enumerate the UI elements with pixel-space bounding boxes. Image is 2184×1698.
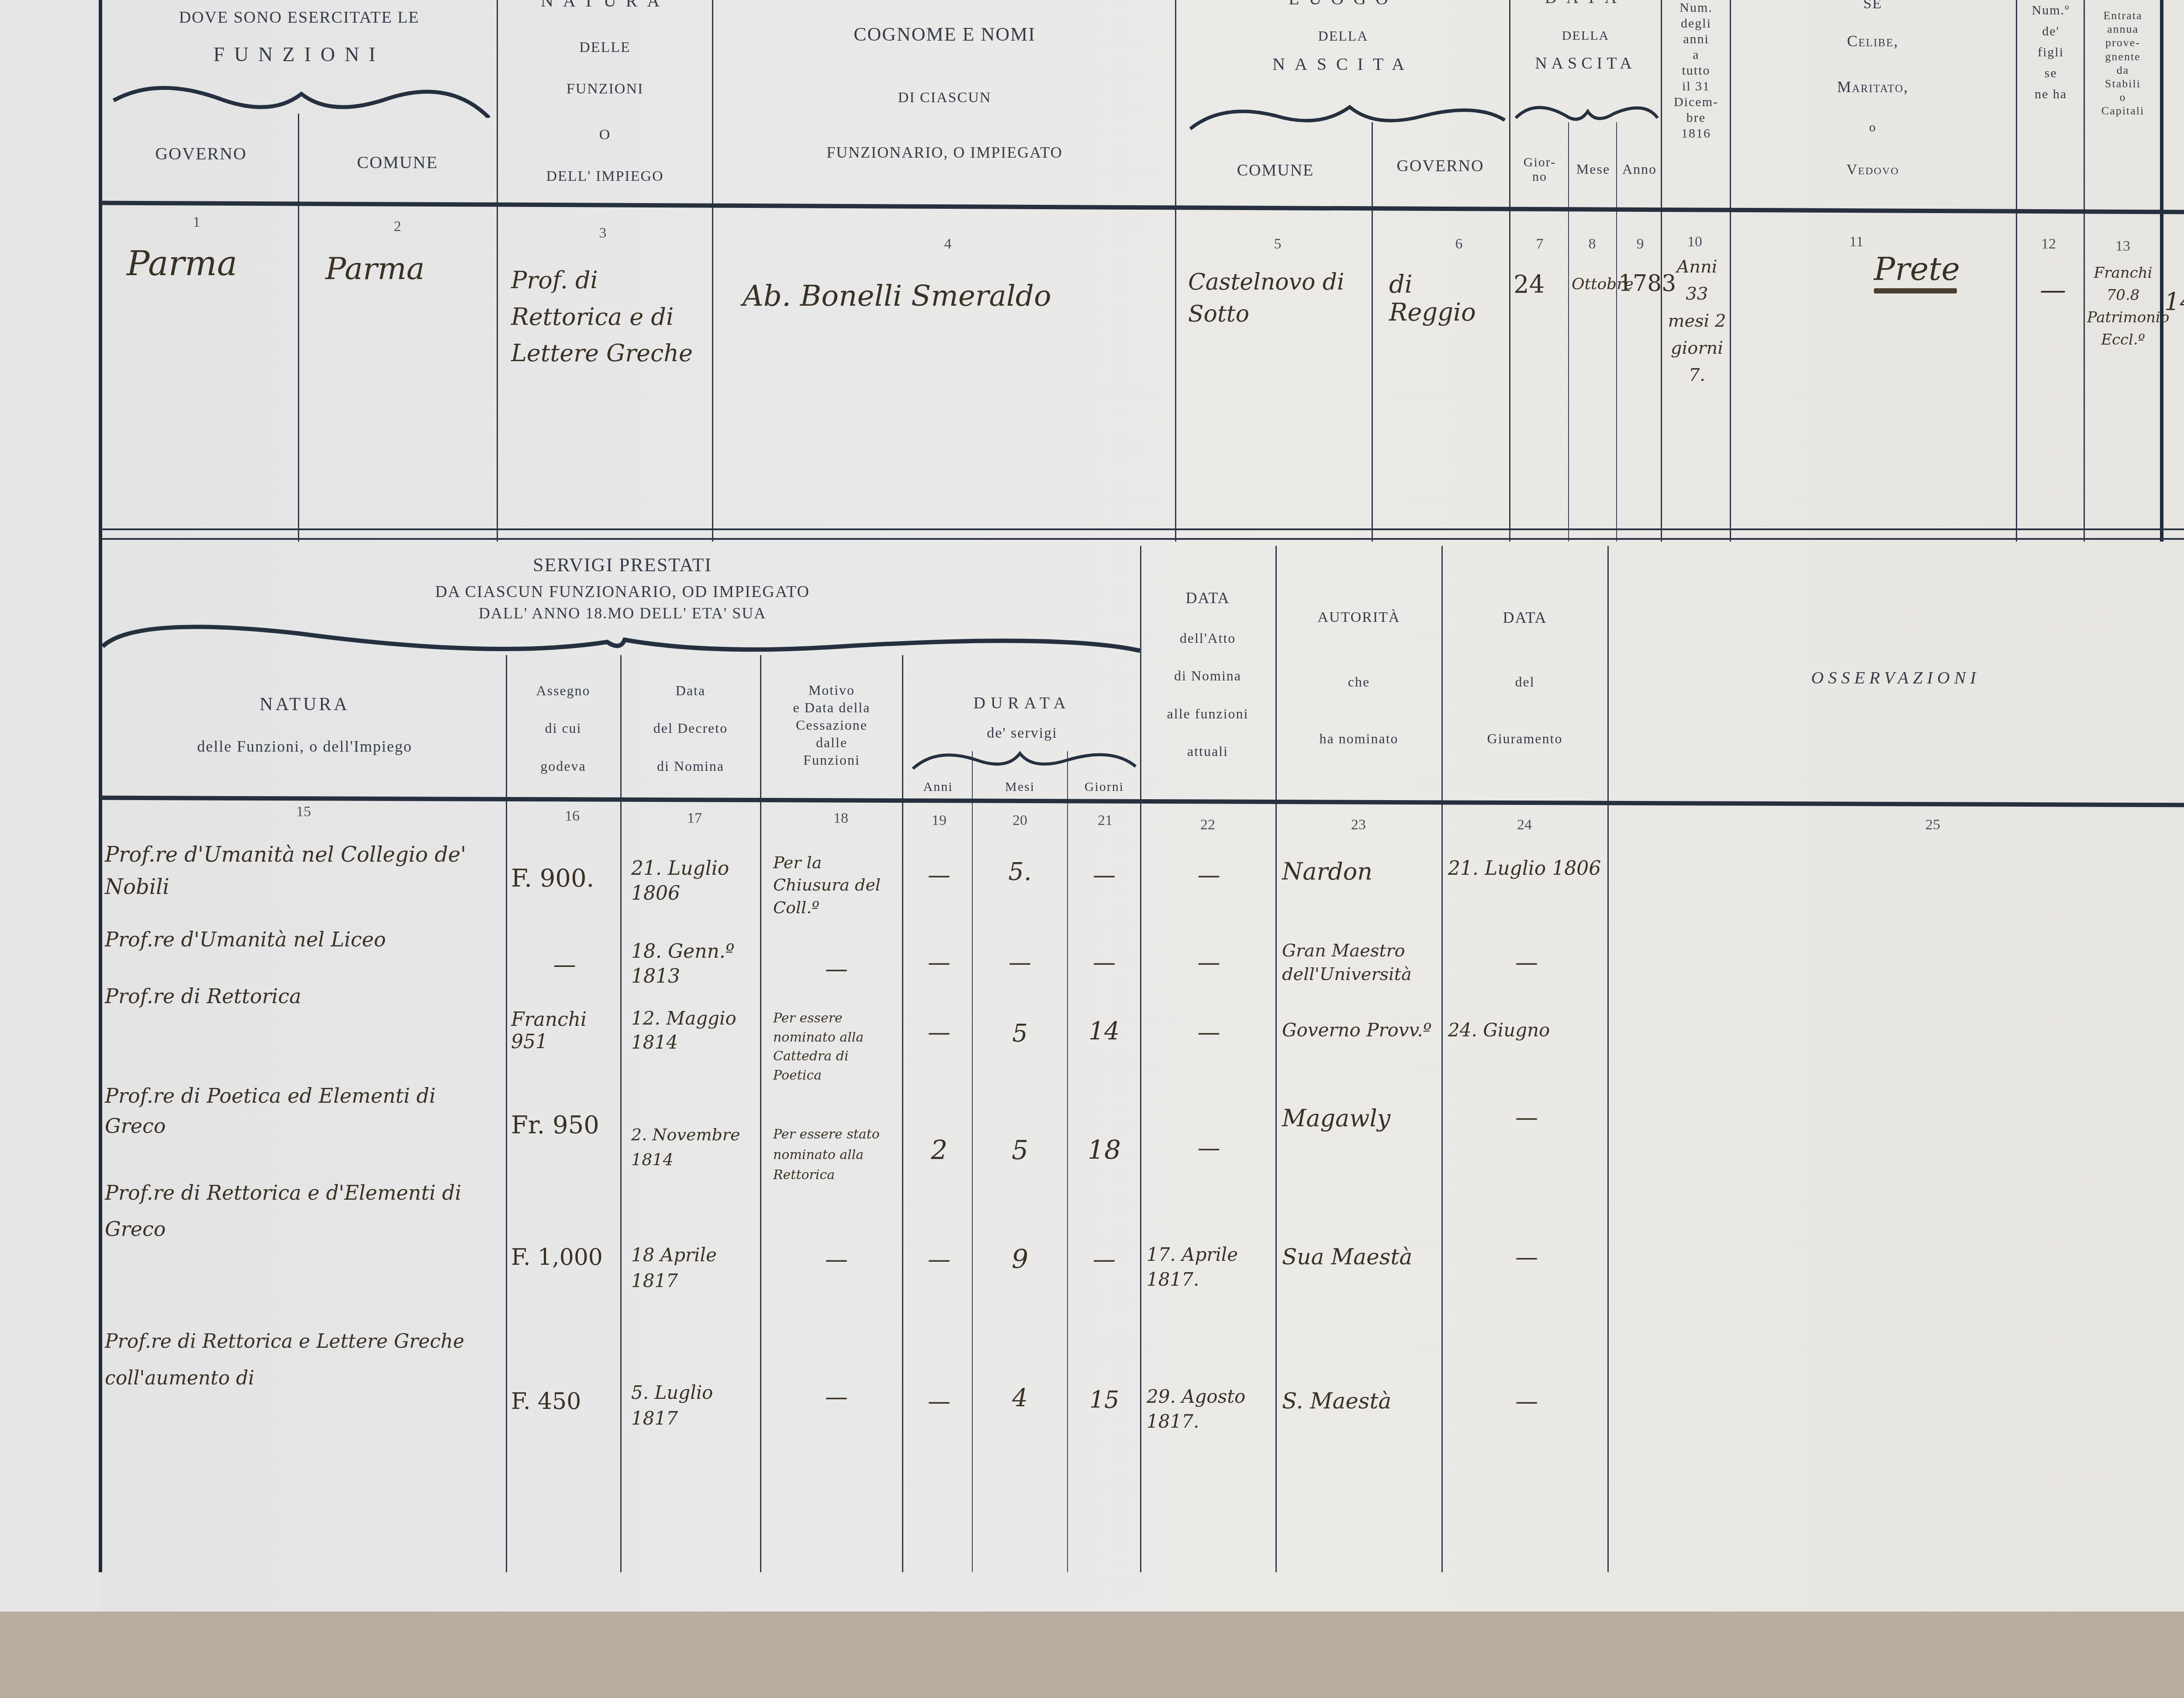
col-number: 9 bbox=[1631, 236, 1649, 252]
row3-anni: — bbox=[906, 1020, 972, 1046]
divider-governo-comune bbox=[298, 114, 299, 542]
header-data-atto-top: DATA bbox=[1142, 590, 1273, 607]
header-autorita-top: AUTORITÀ bbox=[1278, 609, 1440, 625]
header-comune: COMUNE bbox=[301, 153, 494, 172]
row4-giuramento: — bbox=[1448, 1105, 1605, 1131]
row6-assegno: F. 450 bbox=[511, 1389, 618, 1415]
divider-col17-col18 bbox=[760, 655, 761, 1572]
row2-natura: Prof.re d'Umanità nel Liceo bbox=[105, 928, 502, 951]
header-natura-delle: DELLE bbox=[500, 39, 710, 55]
header-celibe: Celibe, bbox=[1732, 33, 2014, 50]
upper-bottom-rule-2 bbox=[100, 538, 2184, 540]
row4-atto: — bbox=[1144, 1135, 1273, 1162]
row6-decreto: 5. Luglio 1817 bbox=[631, 1380, 758, 1432]
row1-natura: Prof.re d'Umanità nel Collegio de' Nobil… bbox=[105, 839, 502, 904]
entry-governo: Parma bbox=[127, 245, 293, 284]
header-data: DATA bbox=[1511, 0, 1660, 7]
row1-decreto: 21. Luglio 1806 bbox=[631, 856, 758, 906]
register-page: DOVE SONO ESERCITATE LE FUNZIONI GOVERNO… bbox=[0, 0, 2184, 1612]
header-natura-funzioni: FUNZIONI bbox=[500, 81, 710, 97]
divider-col16-col17 bbox=[620, 655, 622, 1572]
col-number: 12 bbox=[2040, 236, 2057, 252]
col-number: 21 bbox=[1094, 812, 1116, 829]
col-number: 22 bbox=[1197, 817, 1219, 833]
row4-motivo: Per essere stato nominato alla Rettorica bbox=[773, 1125, 900, 1186]
header-mesi: Mesi bbox=[974, 780, 1066, 794]
header-servigi-sub1: DA CIASCUN FUNZIONARIO, OD IMPIEGATO bbox=[105, 583, 1140, 601]
entry-giorno: 24 bbox=[1514, 271, 1566, 299]
row5-autorita: Sua Maestà bbox=[1282, 1245, 1439, 1270]
entry-anno: 1783 bbox=[1618, 271, 1661, 297]
divider-col18-col19 bbox=[902, 655, 903, 1572]
header-luogo-governo: GOVERNO bbox=[1374, 157, 1507, 176]
header-data-atto: dell'Atto di Nomina alle funzioni attual… bbox=[1142, 629, 1273, 761]
header-luogo-della: DELLA bbox=[1179, 28, 1507, 44]
row5-mesi: 9 bbox=[974, 1245, 1066, 1275]
header-natura-lower: NATURA bbox=[105, 694, 505, 714]
header-natura-lower-sub: delle Funzioni, o dell'Impiego bbox=[105, 738, 505, 756]
entry-nascita-governo: di Reggio bbox=[1389, 271, 1507, 327]
col-number: 24 bbox=[1514, 817, 1535, 833]
header-luogo-comune: COMUNE bbox=[1179, 162, 1372, 180]
row2-motivo: — bbox=[773, 956, 900, 983]
row6-atto: 29. Agosto 1817. bbox=[1147, 1384, 1273, 1434]
divider-col11-col12 bbox=[2016, 0, 2017, 542]
divider-col20-col21 bbox=[1067, 751, 1068, 1572]
row3-natura: Prof.re di Rettorica bbox=[105, 985, 502, 1008]
divider-col10-col11 bbox=[1730, 0, 1731, 542]
row6-motivo: — bbox=[773, 1384, 900, 1411]
row4-assegno: Fr. 950 bbox=[511, 1111, 618, 1139]
col-number: 19 bbox=[928, 812, 950, 829]
header-servigi: SERVIGI PRESTATI bbox=[105, 555, 1140, 576]
entry-nome: Ab. Bonelli Smeraldo bbox=[743, 280, 1171, 313]
header-funzionario: FUNZIONARIO, O IMPIEGATO bbox=[716, 144, 1173, 162]
row3-giorni: 14 bbox=[1069, 1018, 1139, 1046]
divider-col24-col25 bbox=[1607, 546, 1609, 1572]
row4-anni: 2 bbox=[906, 1135, 972, 1166]
header-data-nascita: NASCITA bbox=[1511, 55, 1660, 73]
entry-comune: Parma bbox=[325, 251, 491, 286]
entry-nascita-comune: Castelnovo di Sotto bbox=[1188, 266, 1367, 330]
divider-col22-col23 bbox=[1275, 546, 1277, 1572]
divider-col13-col14 bbox=[2160, 0, 2163, 542]
header-assegno: Assegno di cui godeva bbox=[508, 681, 619, 776]
header-anni: Anni bbox=[904, 780, 972, 794]
header-luogo: LUOGO bbox=[1179, 0, 1507, 8]
header-natura-o: O bbox=[500, 127, 710, 143]
col-number: 4 bbox=[939, 236, 957, 252]
row5-atto: 17. Aprile 1817. bbox=[1147, 1242, 1273, 1292]
col-number: 3 bbox=[594, 225, 612, 242]
row6-natura: Prof.re di Rettorica e Lettere Greche co… bbox=[105, 1323, 502, 1396]
header-di-ciascun: DI CIASCUN bbox=[716, 90, 1173, 106]
header-num-figli: Num.º de' figli se ne ha bbox=[2018, 0, 2084, 105]
page-margin bbox=[0, 0, 100, 1612]
col-number: 18 bbox=[830, 810, 852, 827]
brace-icon bbox=[1514, 100, 1660, 127]
col-number: 2 bbox=[389, 218, 406, 235]
col-number: 25 bbox=[1922, 817, 1944, 833]
header-stato: SE bbox=[1732, 0, 2014, 12]
col-number: 13 bbox=[2114, 238, 2132, 255]
row3-mesi: 5 bbox=[974, 1020, 1066, 1048]
row5-natura: Prof.re di Rettorica e d'Elementi di Gre… bbox=[105, 1175, 502, 1247]
header-stato-o: o bbox=[1732, 120, 2014, 135]
row3-assegno: Franchi 951 bbox=[511, 1009, 618, 1053]
col-number: 7 bbox=[1531, 236, 1548, 252]
left-border bbox=[99, 0, 102, 542]
row1-giuramento: 21. Luglio 1806 bbox=[1448, 856, 1605, 881]
header-natura-impiego: DELL' IMPIEGO bbox=[500, 168, 710, 184]
row3-atto: — bbox=[1144, 1020, 1273, 1046]
row1-assegno: F. 900. bbox=[511, 865, 618, 893]
row5-decreto: 18 Aprile 1817 bbox=[631, 1242, 758, 1294]
col-number: 23 bbox=[1348, 817, 1369, 833]
col-number: 6 bbox=[1450, 236, 1468, 252]
header-anno: Anno bbox=[1618, 162, 1661, 177]
col-number: 20 bbox=[1009, 812, 1031, 829]
header-osservazioni: OSSERVAZIONI bbox=[1612, 668, 2180, 687]
entry-entrata: Franchi 70.8 Patrimonio Eccl.º bbox=[2087, 262, 2159, 351]
row3-decreto: 12. Maggio 1814 bbox=[631, 1007, 758, 1054]
entry-edge-value: 14 bbox=[2164, 288, 2184, 316]
row1-autorita: Nardon bbox=[1282, 858, 1439, 885]
divider-col2-col3 bbox=[497, 0, 498, 542]
row3-giuramento: 24. Giugno bbox=[1448, 1020, 1605, 1041]
col-number: 17 bbox=[684, 810, 705, 827]
row3-motivo: Per essere nominato alla Cattedra di Poe… bbox=[773, 1009, 900, 1085]
divider-col6-col7 bbox=[1509, 0, 1510, 542]
col-number: 8 bbox=[1583, 236, 1601, 252]
row6-mesi: 4 bbox=[974, 1384, 1066, 1412]
header-giorni: Giorni bbox=[1069, 780, 1139, 794]
brace-icon bbox=[100, 616, 1144, 659]
header-entrata: Entrata annua prove- gnente da Stabili o… bbox=[2086, 9, 2160, 118]
left-border-lower bbox=[99, 542, 102, 1572]
entry-mese: Ottobre bbox=[1572, 275, 1615, 293]
entry-stato: Prete bbox=[1874, 251, 2005, 287]
col-number: 5 bbox=[1269, 236, 1286, 252]
divider-col23-col24 bbox=[1441, 546, 1443, 1572]
row1-anni: — bbox=[906, 863, 972, 889]
entry-figli: — bbox=[2027, 275, 2079, 305]
header-luogo-nascita: NASCITA bbox=[1179, 55, 1507, 74]
row1-motivo: Per la Chiusura del Coll.º bbox=[773, 852, 900, 919]
entry-natura: Prof. di Rettorica e di Lettere Greche bbox=[511, 262, 708, 372]
upper-bottom-rule-1 bbox=[100, 528, 2184, 530]
row4-giorni: 18 bbox=[1069, 1135, 1139, 1166]
brace-icon bbox=[109, 81, 494, 118]
lower-header-rule bbox=[100, 796, 2184, 808]
divider-col3-col4 bbox=[712, 0, 713, 542]
row2-autorita: Gran Maestro dell'Università bbox=[1282, 939, 1439, 986]
header-funzioni: FUNZIONI bbox=[105, 44, 494, 66]
divider-col21-col22 bbox=[1140, 546, 1141, 1572]
header-cognome: COGNOME E NOMI bbox=[716, 24, 1173, 45]
row5-anni: — bbox=[906, 1247, 972, 1273]
row2-giuramento: — bbox=[1448, 950, 1605, 976]
brace-icon bbox=[1188, 98, 1507, 131]
row2-anni: — bbox=[906, 950, 972, 976]
row4-mesi: 5 bbox=[974, 1135, 1066, 1166]
header-vedovo: Vedovo bbox=[1732, 162, 2014, 178]
header-giuramento-top: DATA bbox=[1444, 609, 1606, 627]
header-data-decreto: Data del Decreto di Nomina bbox=[622, 681, 759, 776]
row6-giuramento: — bbox=[1448, 1389, 1605, 1415]
row6-autorita: S. Maestà bbox=[1282, 1389, 1439, 1414]
row5-giorni: — bbox=[1069, 1247, 1139, 1273]
header-giuramento: del Giuramento bbox=[1444, 673, 1606, 748]
col-number: 15 bbox=[293, 804, 314, 820]
row6-giorni: 15 bbox=[1069, 1387, 1139, 1414]
header-num-anni: Num. degli anni a tutto il 31 Dicem- bre… bbox=[1663, 0, 1729, 141]
row4-natura: Prof.re di Poetica ed Elementi di Greco bbox=[105, 1081, 502, 1141]
row1-atto: — bbox=[1144, 863, 1273, 889]
row2-giorni: — bbox=[1069, 950, 1139, 976]
header-rule bbox=[100, 201, 2184, 214]
header-maritato: Maritato, bbox=[1732, 79, 2014, 96]
brace-icon bbox=[911, 747, 1138, 771]
header-place-group: DOVE SONO ESERCITATE LE bbox=[105, 9, 494, 27]
col-number: 11 bbox=[1848, 234, 1865, 250]
row3-autorita: Governo Provv.º bbox=[1282, 1020, 1439, 1041]
header-natura: NATURA bbox=[500, 0, 710, 10]
col-number: 10 bbox=[1686, 234, 1704, 250]
divider-col4-col5 bbox=[1175, 0, 1176, 542]
header-durata-sub: de' servigi bbox=[904, 725, 1140, 741]
divider-col7-col8 bbox=[1568, 122, 1569, 542]
row5-motivo: — bbox=[773, 1247, 900, 1273]
header-motivo: Motivo e Data della Cessazione dalle Fun… bbox=[762, 681, 901, 769]
row6-anni: — bbox=[906, 1389, 972, 1415]
row5-assegno: F. 1,000 bbox=[511, 1245, 618, 1271]
row2-mesi: — bbox=[974, 950, 1066, 976]
header-data-della: DELLA bbox=[1511, 28, 1660, 43]
row2-decreto: 18. Genn.º 1813 bbox=[631, 939, 758, 989]
divider-col12-col13 bbox=[2084, 0, 2085, 542]
header-governo: GOVERNO bbox=[105, 144, 297, 163]
divider-col19-col20 bbox=[972, 751, 973, 1572]
header-durata: DURATA bbox=[904, 694, 1140, 713]
row5-giuramento: — bbox=[1448, 1245, 1605, 1271]
row2-assegno: — bbox=[511, 952, 618, 978]
divider-col5-col6 bbox=[1372, 122, 1373, 542]
row1-giorni: — bbox=[1069, 863, 1139, 889]
row4-decreto: 2. Novembre 1814 bbox=[631, 1122, 758, 1172]
col-number: 16 bbox=[561, 808, 583, 825]
underline-mark bbox=[1874, 288, 1957, 293]
header-giorno: Gior- no bbox=[1511, 155, 1568, 184]
header-autorita: che ha nominato bbox=[1278, 673, 1440, 748]
row4-autorita: Magawly bbox=[1282, 1105, 1439, 1132]
divider-col8-col9 bbox=[1616, 122, 1617, 542]
row2-atto: — bbox=[1144, 950, 1273, 976]
row1-mesi: 5. bbox=[974, 858, 1066, 886]
col-number: 1 bbox=[188, 214, 205, 231]
entry-eta: Anni 33 mesi 2 giorni 7. bbox=[1666, 253, 1728, 389]
header-mese: Mese bbox=[1570, 162, 1616, 177]
divider-col15-col16 bbox=[506, 655, 507, 1572]
